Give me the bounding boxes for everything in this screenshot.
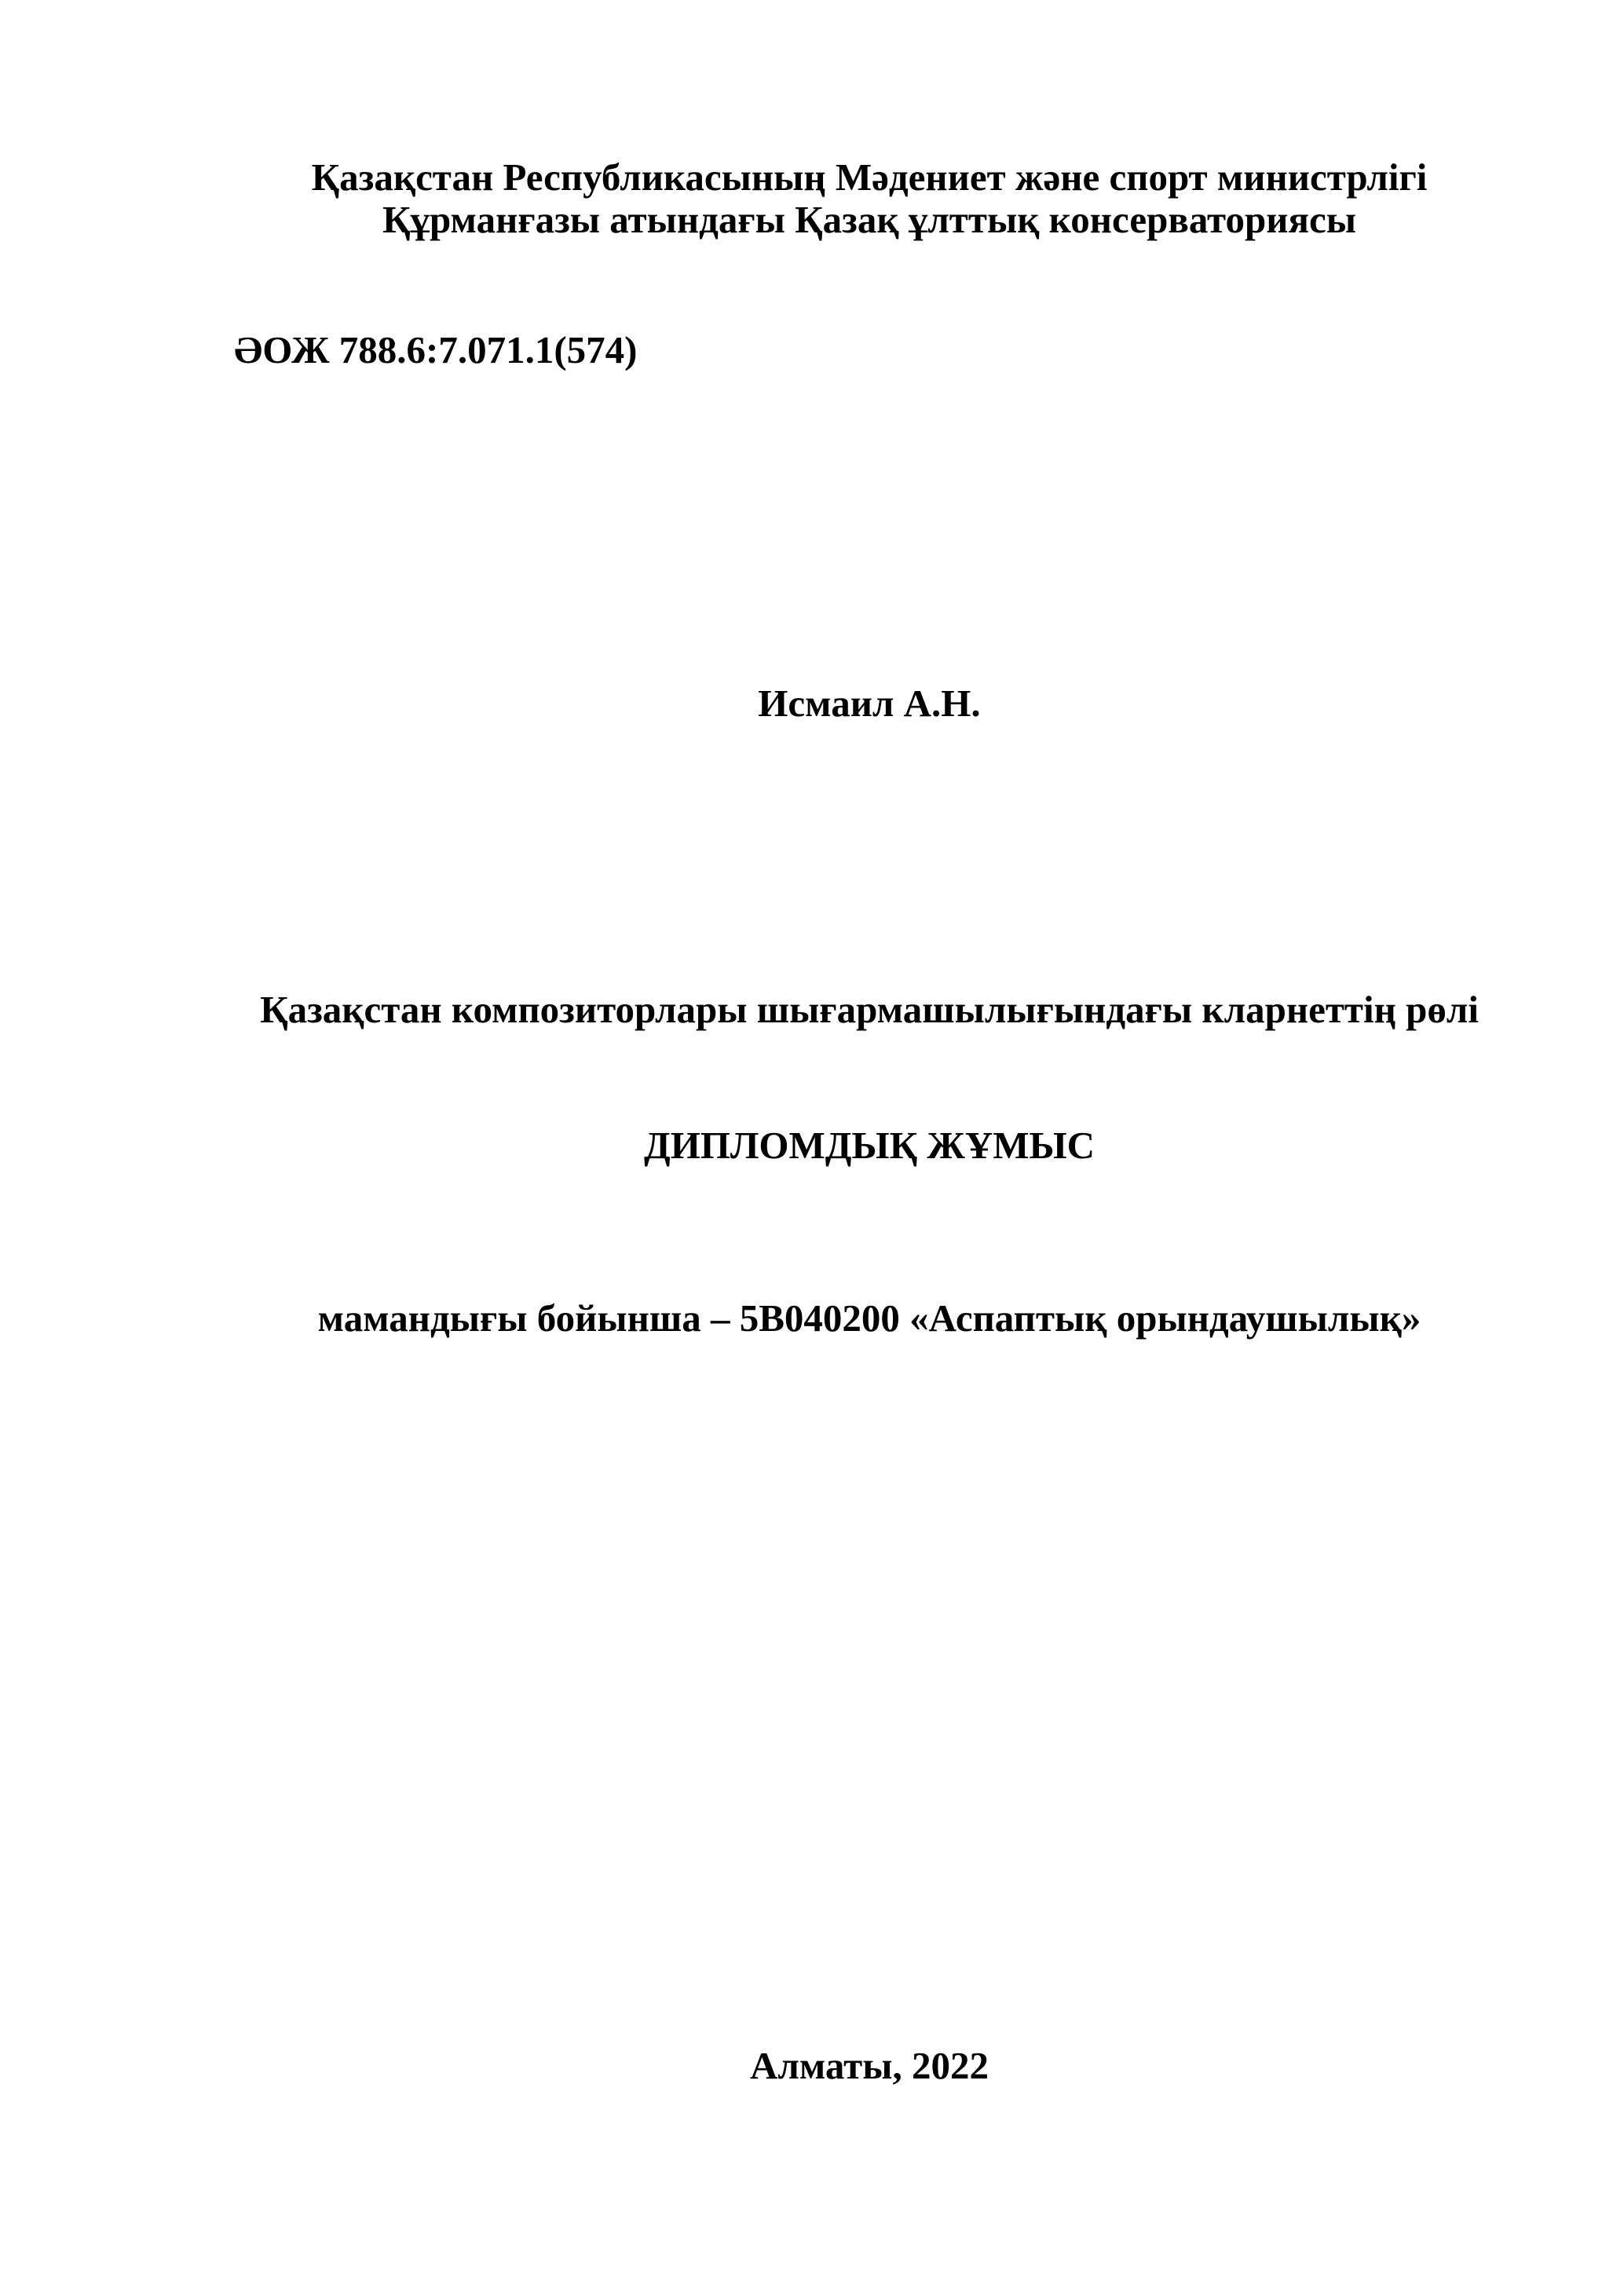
specialty-line: мамандығы бойынша – 5B040200 «Аспаптық о… (115, 1299, 1624, 1337)
author-name: Исмаил А.Н. (115, 684, 1624, 722)
city-year: Алматы, 2022 (115, 2046, 1624, 2085)
institution-header: Құрманғазы атындағы Қазақ ұлттық консерв… (115, 200, 1624, 239)
ministry-header: Қазақстан Республикасының Мәдениет және … (115, 158, 1624, 196)
thesis-title: Қазақстан композиторлары шығармашылығынд… (115, 990, 1624, 1029)
udc-code: ӘОЖ 788.6:7.071.1(574) (234, 331, 638, 369)
work-type-label: ДИПЛОМДЫҚ ЖҰМЫС (115, 1126, 1624, 1164)
document-page: Қазақстан Республикасының Мәдениет және … (0, 0, 1624, 2296)
